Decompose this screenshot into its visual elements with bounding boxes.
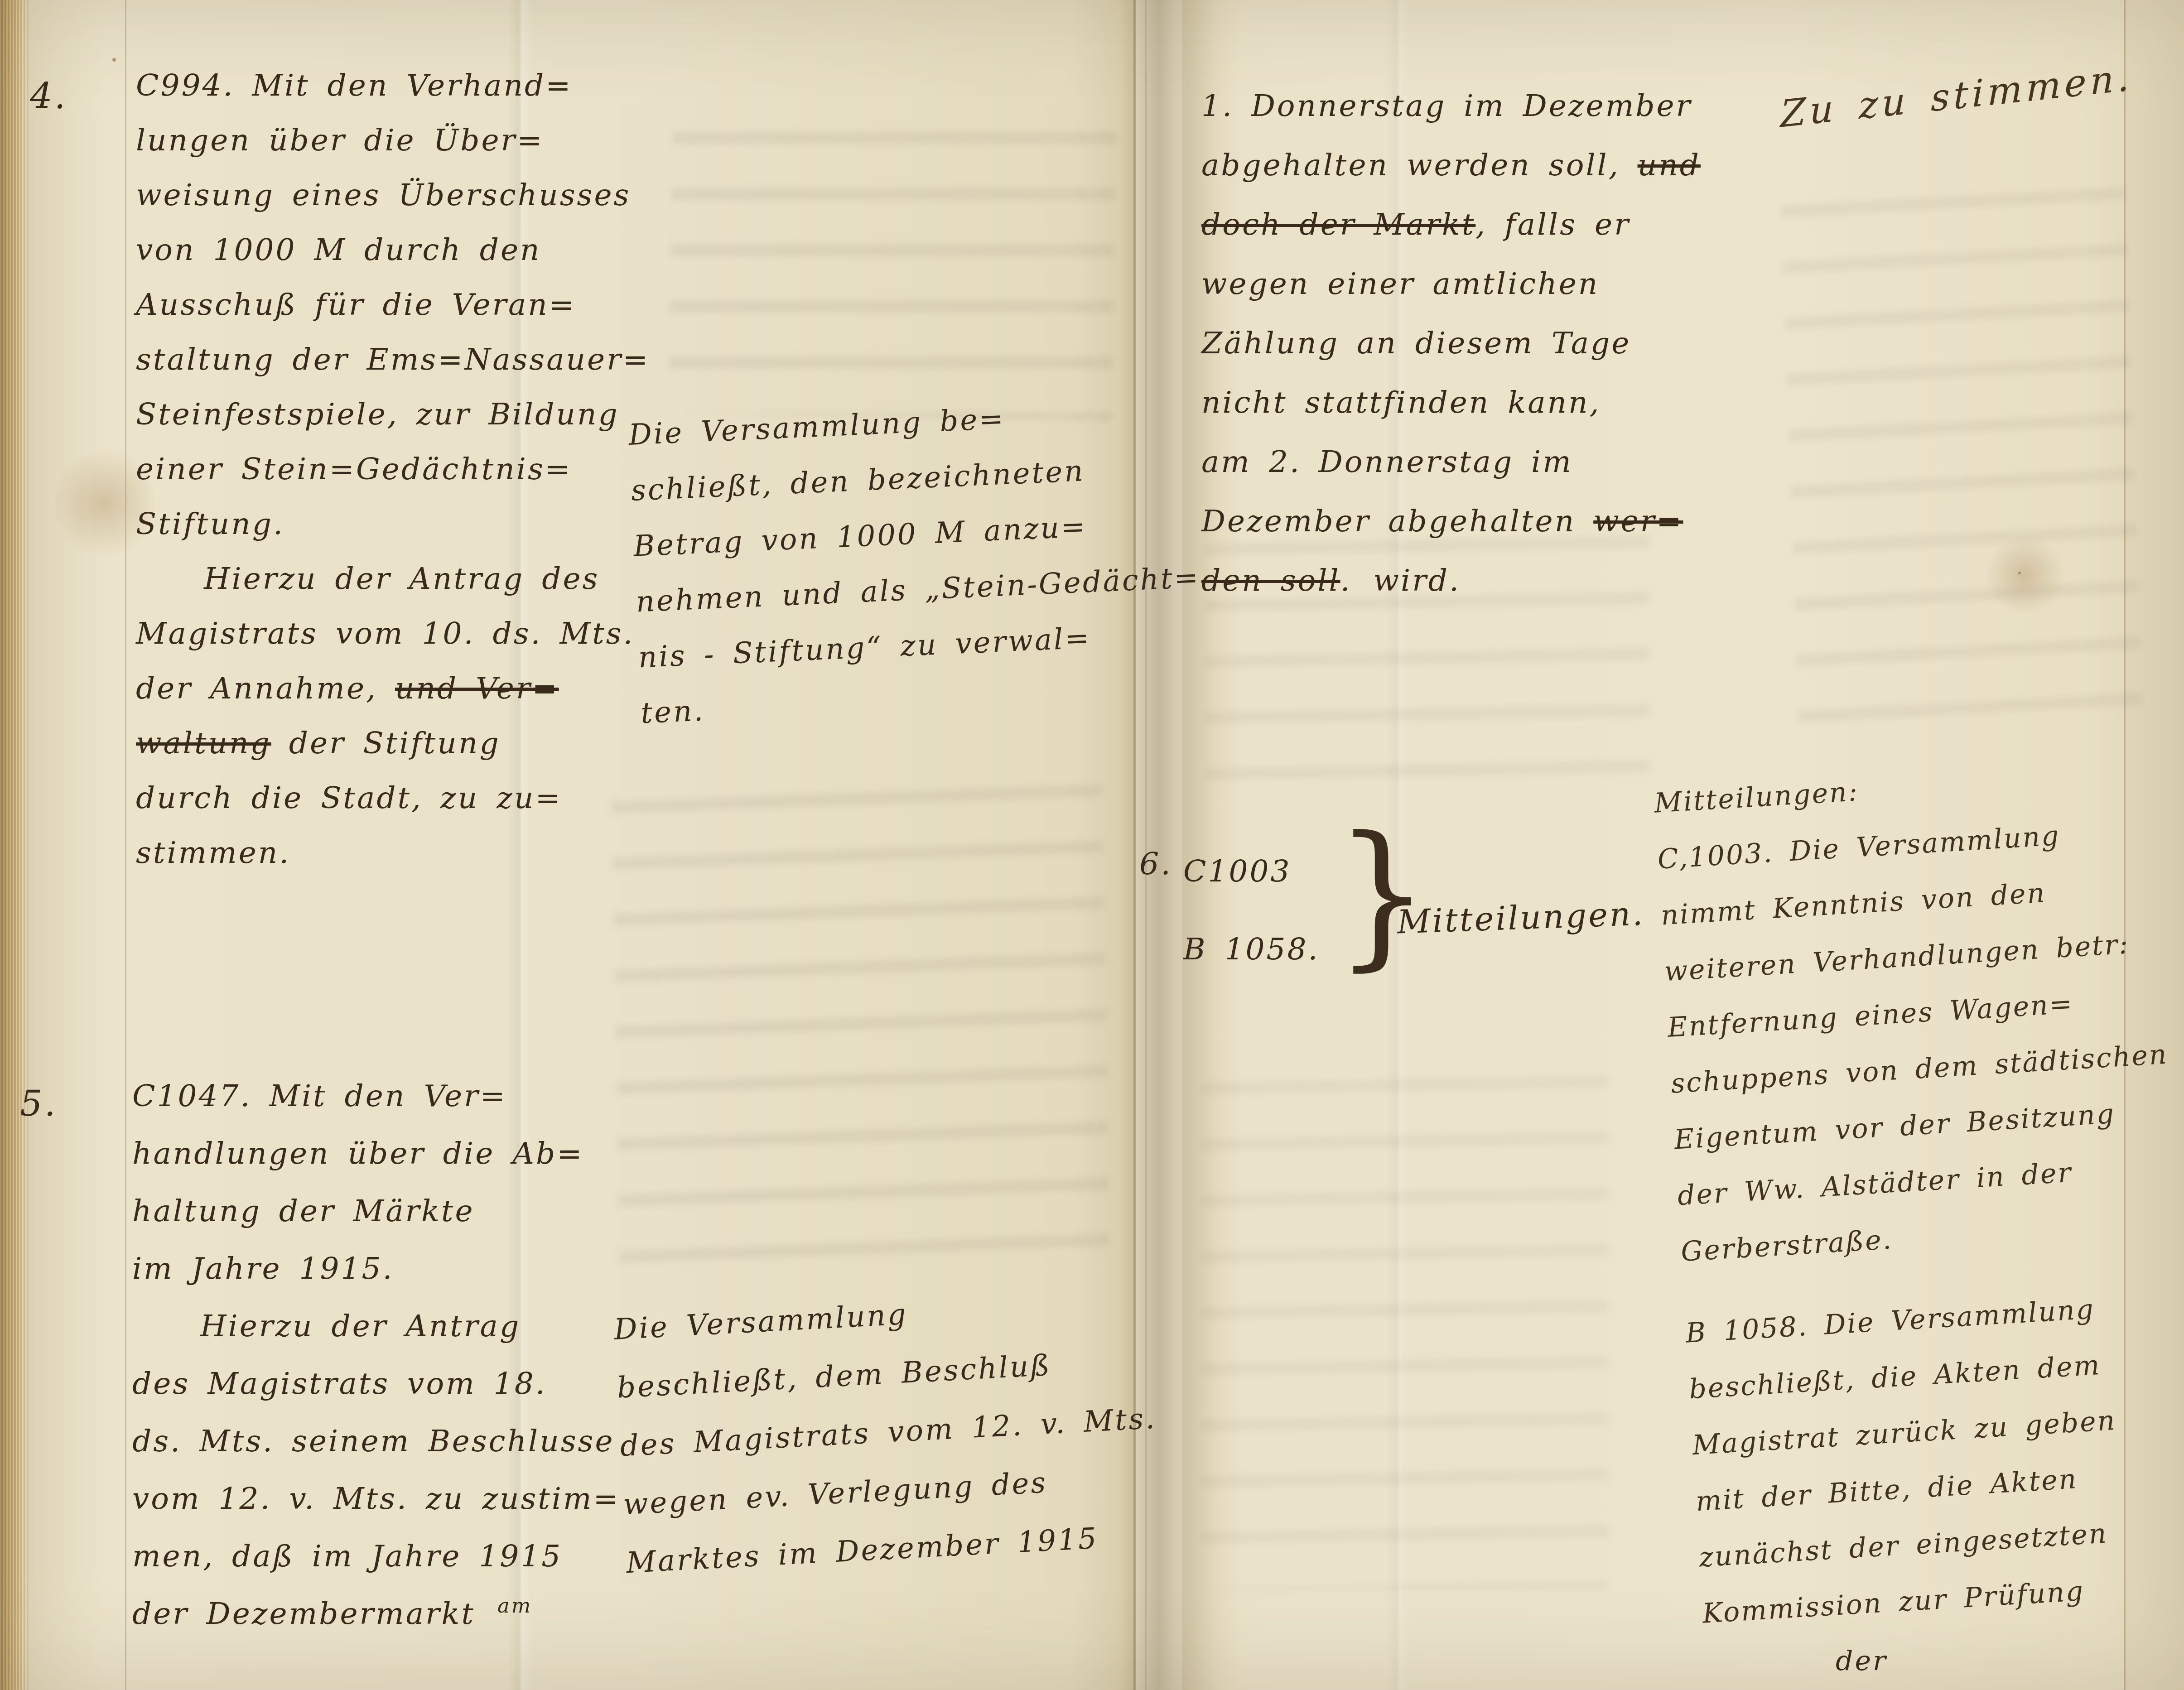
manuscript-line: am 2. Donnerstag im: [1201, 432, 1701, 491]
text-segment: wegen einer amtlichen: [1201, 266, 1599, 301]
manuscript-line: wegen einer amtlichen: [1201, 254, 1701, 313]
text-segment: C1047. Mit den Ver=: [132, 1079, 507, 1113]
text-segment: .: [1340, 563, 1352, 598]
text-segment: Hierzu der Antrag des: [204, 561, 599, 596]
reference-number: B 1058.: [1183, 910, 1319, 988]
manuscript-line: der Dezembermarkt am: [132, 1585, 620, 1646]
text-segment: ten.: [640, 694, 705, 730]
text-segment: C994. Mit den Verhand=: [136, 68, 573, 103]
text-segment: Ausschuß für die Veran=: [136, 287, 576, 322]
text-segment: weisung eines Überschusses: [136, 178, 631, 212]
text-segment: der Stiftung: [271, 726, 501, 761]
manuscript-line: haltung der Märkte: [132, 1182, 620, 1240]
text-segment: Die Versammlung: [613, 1298, 908, 1347]
text-segment: nicht stattfinden kann,: [1201, 385, 1601, 420]
manuscript-line: staltung der Ems=Nassauer=: [136, 332, 650, 387]
text-segment: Gerberstraße.: [1680, 1223, 1893, 1268]
text-segment: am 2. Donnerstag im: [1201, 444, 1573, 479]
text-segment: wird.: [1374, 563, 1461, 598]
text-segment: Kommission zur Prüfung: [1702, 1575, 2085, 1630]
text-segment: Stiftung.: [136, 506, 284, 541]
mitteilungen-column: Mitteilungen:C,1003. Die Versammlungnimm…: [1653, 746, 2184, 1642]
text-segment: Dezember abgehalten: [1201, 504, 1593, 539]
text-segment: lungen über die Über=: [136, 123, 544, 158]
manuscript-line: Hierzu der Antrag des: [136, 551, 650, 606]
manuscript-line: Zählung an diesem Tage: [1201, 313, 1701, 373]
text-segment: durch die Stadt, zu zu=: [136, 780, 562, 815]
ink-speck: [112, 58, 116, 62]
text-segment: nimmt Kenntnis von den: [1660, 877, 2047, 931]
text-segment: schließt, den bezeichneten: [630, 454, 1085, 508]
text-segment: der Ww. Alstädter in der: [1677, 1157, 2073, 1212]
manuscript-line: handlungen über die Ab=: [132, 1125, 620, 1182]
manuscript-line: C1047. Mit den Ver=: [132, 1067, 620, 1125]
text-segment: nis - Stiftung“ zu verwal=: [638, 621, 1092, 675]
manuscript-line: men, daß im Jahre 1915: [132, 1527, 620, 1585]
manuscript-spread: 4. C994. Mit den Verhand=lungen über die…: [0, 0, 2184, 1690]
text-segment: staltung der Ems=Nassauer=: [136, 342, 650, 377]
item-5-margin-number: 5.: [20, 1083, 57, 1124]
text-segment: wegen ev. Verlegung des: [622, 1466, 1048, 1521]
catchword: der: [1836, 1645, 1888, 1677]
item-4-body: C994. Mit den Verhand=lungen über die Üb…: [136, 58, 650, 880]
text-segment: der Dezembermarkt: [132, 1596, 493, 1631]
struck-text-segment: wer=: [1593, 504, 1683, 539]
struck-text-segment: und Ver=: [395, 671, 559, 706]
manuscript-line: von 1000 M durch den: [136, 222, 650, 277]
manuscript-line: ds. Mts. seinem Beschlusse: [132, 1412, 620, 1470]
text-segment: der Annahme,: [136, 671, 395, 706]
manuscript-line: 1. Donnerstag im Dezember: [1201, 76, 1701, 135]
text-segment: handlungen über die Ab=: [132, 1136, 583, 1171]
text-segment: stimmen.: [136, 835, 290, 870]
text-segment: abgehalten werden soll,: [1201, 148, 1638, 183]
struck-text-segment: doch der Markt: [1201, 207, 1475, 242]
item-6-references: C1003 B 1058.: [1183, 833, 1319, 988]
text-segment: des Magistrats vom 18.: [132, 1366, 547, 1401]
item-5-continuation: 1. Donnerstag im Dezemberabgehalten werd…: [1201, 76, 1701, 610]
manuscript-line: durch die Stadt, zu zu=: [136, 770, 650, 825]
manuscript-line: stimmen.: [136, 825, 650, 880]
struck-text-segment: und: [1638, 148, 1701, 183]
text-segment: Zählung an diesem Tage: [1201, 326, 1631, 361]
manuscript-line: Steinfestspiele, zur Bildung: [136, 387, 650, 442]
manuscript-line: Stiftung.: [136, 496, 650, 551]
item-4-margin-number: 4.: [30, 76, 67, 117]
text-segment: men, daß im Jahre 1915: [132, 1539, 562, 1574]
text-segment: am: [497, 1577, 532, 1634]
text-segment: im Jahre 1915.: [132, 1251, 394, 1286]
text-segment: einer Stein=Gedächtnis=: [136, 452, 572, 486]
item-5-body: C1047. Mit den Ver=handlungen über die A…: [132, 1067, 620, 1646]
text-segment: Betrag von 1000 M anzu=: [633, 510, 1088, 563]
manuscript-line: weisung eines Überschusses: [136, 168, 650, 222]
manuscript-line: lungen über die Über=: [136, 113, 650, 168]
text-segment: Magistrats vom 10. ds. Mts.: [136, 616, 635, 651]
book-page-stack-edge: [0, 0, 29, 1690]
left-margin-rule: [125, 0, 126, 1690]
manuscript-line: C994. Mit den Verhand=: [136, 58, 650, 113]
text-segment: haltung der Märkte: [132, 1194, 475, 1228]
manuscript-line: vom 12. v. Mts. zu zustim=: [132, 1470, 620, 1527]
text-segment: Die Versammlung be=: [628, 402, 1006, 452]
manuscript-line: Magistrats vom 10. ds. Mts.: [136, 606, 650, 661]
manuscript-line: Dezember abgehalten wer=: [1201, 491, 1701, 551]
text-segment: , falls er: [1475, 207, 1630, 242]
text-segment: von 1000 M durch den: [136, 232, 541, 267]
text-segment: Mitteilungen:: [1654, 775, 1860, 819]
manuscript-line: der Annahme, und Ver=: [136, 661, 650, 716]
text-segment: beschließt, dem Beschluß: [616, 1349, 1052, 1405]
item-5-resolution: Die Versammlungbeschließt, dem Beschlußd…: [612, 1273, 1164, 1593]
item-6-margin-number: 6.: [1139, 846, 1172, 882]
manuscript-line: Hierzu der Antrag: [132, 1297, 620, 1355]
ink-speck: [2018, 572, 2021, 574]
grouping-brace: }: [1335, 803, 1432, 985]
text-segment: mit der Bitte, die Akten: [1695, 1463, 2078, 1517]
manuscript-line: waltung der Stiftung: [136, 716, 650, 770]
manuscript-line: Ausschuß für die Veran=: [136, 277, 650, 332]
manuscript-line: des Magistrats vom 18.: [132, 1355, 620, 1412]
text-segment: vom 12. v. Mts. zu zustim=: [132, 1481, 620, 1516]
manuscript-line: einer Stein=Gedächtnis=: [136, 442, 650, 496]
manuscript-line: nicht stattfinden kann,: [1201, 373, 1701, 432]
manuscript-line: im Jahre 1915.: [132, 1240, 620, 1297]
text-segment: Hierzu der Antrag: [200, 1309, 521, 1343]
text-segment: 1. Donnerstag im Dezember: [1201, 88, 1692, 123]
struck-text-segment: waltung: [136, 726, 271, 761]
text-segment: Steinfestspiele, zur Bildung: [136, 397, 619, 432]
text-segment: Marktes im Dezember 1915: [625, 1522, 1099, 1580]
reference-number: C1003: [1183, 833, 1319, 910]
text-segment: ds. Mts. seinem Beschlusse: [132, 1424, 615, 1459]
manuscript-line: abgehalten werden soll, und: [1201, 135, 1701, 195]
item-4-resolution: Die Versammlung be=schließt, den bezeich…: [627, 383, 1206, 742]
struck-text-segment: den soll: [1201, 563, 1340, 598]
manuscript-line: doch der Markt, falls er: [1201, 195, 1701, 254]
manuscript-line: den soll.wird.: [1201, 551, 1701, 610]
